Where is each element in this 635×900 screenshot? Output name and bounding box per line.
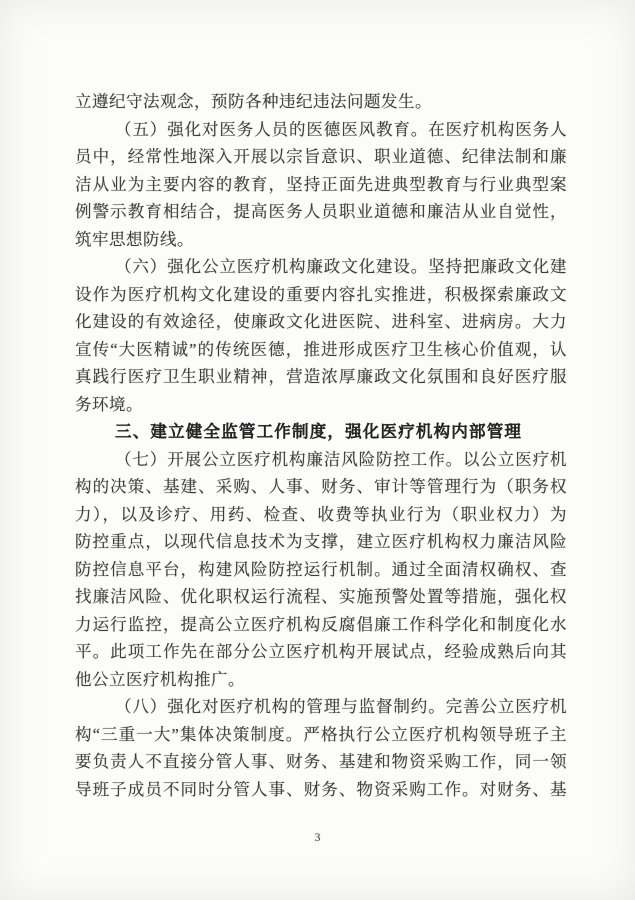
paragraph-5-start: （五）强化对医务人员的医德医风教育。在医疗机构医务人 [75, 116, 567, 144]
body-line: 力运行监控，提高公立医疗机构反腐倡廉工作科学化和制度化水 [75, 611, 567, 639]
body-line: 洁从业为主要内容的教育，坚持正面先进典型教育与行业典型案 [75, 171, 567, 199]
body-line: 构“三重一大”集体决策制度。严格执行公立医疗机构领导班子主 [75, 721, 567, 749]
paragraph-7-start: （七）开展公立医疗机构廉洁风险防控工作。以公立医疗机 [75, 446, 567, 474]
body-line: 要负责人不直接分管人事、财务、基建和物资采购工作，同一领 [75, 748, 567, 776]
body-line: 筑牢思想防线。 [75, 226, 567, 254]
page-number: 3 [0, 830, 635, 845]
body-line: 立遵纪守法观念，预防各种违纪违法问题发生。 [75, 88, 567, 116]
body-line: 防控重点，以现代信息技术为支撑，建立医疗机构权力廉洁风险 [75, 528, 567, 556]
body-line: 力），以及诊疗、用药、检查、收费等执业行为（职业权力）为 [75, 501, 567, 529]
scanned-document-page: 立遵纪守法观念，预防各种违纪违法问题发生。 （五）强化对医务人员的医德医风教育。… [0, 0, 635, 900]
body-line: 真践行医疗卫生职业精神，营造浓厚廉政文化氛围和良好医疗服 [75, 363, 567, 391]
body-line: 构的决策、基建、采购、人事、财务、审计等管理行为（职务权 [75, 473, 567, 501]
body-line: 找廉洁风险、优化职权运行流程、实施预警处置等措施，强化权 [75, 583, 567, 611]
body-line: 务环境。 [75, 391, 567, 419]
paragraph-8-start: （八）强化对医疗机构的管理与监督制约。完善公立医疗机 [75, 693, 567, 721]
document-body: 立遵纪守法观念，预防各种违纪违法问题发生。 （五）强化对医务人员的医德医风教育。… [75, 88, 567, 803]
body-line: 防控信息平台，构建风险防控运行机制。通过全面清权确权、查 [75, 556, 567, 584]
body-line: 他公立医疗机构推广。 [75, 666, 567, 694]
body-line: 宣传“大医精诚”的传统医德，推进形成医疗卫生核心价值观，认 [75, 336, 567, 364]
body-line: 化建设的有效途径，使廉政文化进医院、进科室、进病房。大力 [75, 308, 567, 336]
section-3-heading: 三、建立健全监管工作制度，强化医疗机构内部管理 [75, 418, 567, 446]
body-line: 平。此项工作先在部分公立医疗机构开展试点，经验成熟后向其 [75, 638, 567, 666]
body-line: 设作为医疗机构文化建设的重要内容扎实推进，积极探索廉政文 [75, 281, 567, 309]
paragraph-6-start: （六）强化公立医疗机构廉政文化建设。坚持把廉政文化建 [75, 253, 567, 281]
body-line: 员中，经常性地深入开展以宗旨意识、职业道德、纪律法制和廉 [75, 143, 567, 171]
body-line: 导班子成员不同时分管人事、财务、物资采购工作。对财务、基 [75, 776, 567, 804]
body-line: 例警示教育相结合，提高医务人员职业道德和廉洁从业自觉性， [75, 198, 567, 226]
